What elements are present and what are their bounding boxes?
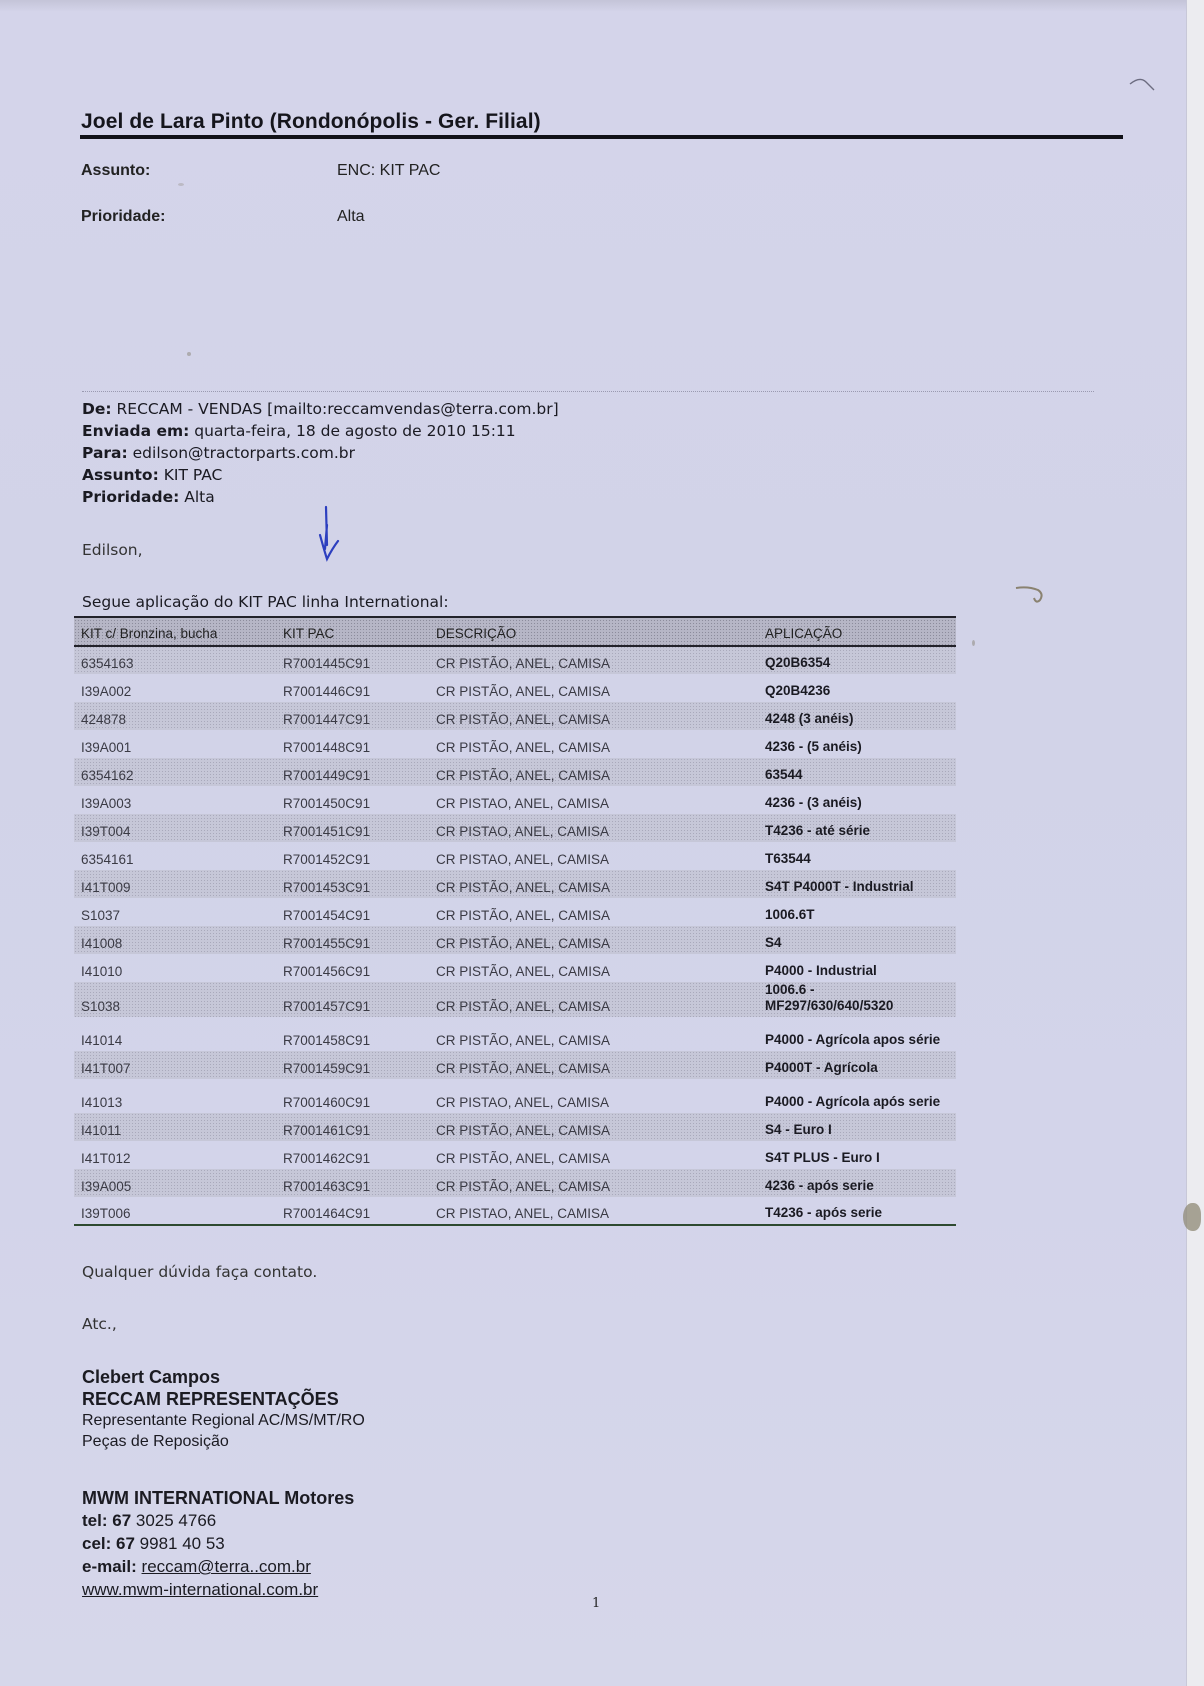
cell-kit-pac: R7001463C91 [276,1169,429,1197]
cell-kit-pac: R7001458C91 [276,1017,429,1051]
table-header-row: KIT c/ Bronzina, bucha KIT PAC DESCRIÇÃO… [74,617,956,646]
cel-label: cel: [82,1534,111,1553]
cell-kit: 6354162 [74,758,276,786]
cell-kit: I41011 [74,1113,276,1141]
website-link[interactable]: www.mwm-international.com.br [82,1580,318,1599]
scan-speck [178,183,184,186]
table-row: 6354161R7001452C91CR PISTAO, ANEL, CAMIS… [74,842,956,870]
subject-label: Assunto: [82,466,159,484]
signature-contact-block: MWM INTERNATIONAL Motores tel: 67 3025 4… [82,1487,354,1601]
cell-description: CR PISTÃO, ANEL, CAMISA [429,898,758,926]
cell-description: CR PISTÃO, ANEL, CAMISA [429,646,758,674]
meta-priority-value: Alta [337,208,365,226]
cell-kit-pac: R7001453C91 [276,870,429,898]
signature-role: Representante Regional AC/MS/MT/RO [82,1410,365,1431]
cell-kit: I41008 [74,926,276,954]
signature-block: Clebert Campos RECCAM REPRESENTAÇÕES Rep… [82,1366,365,1452]
signature-company: RECCAM REPRESENTAÇÕES [82,1388,365,1410]
email-link[interactable]: reccam@terra..com.br [142,1557,311,1576]
cell-kit-pac: R7001461C91 [276,1113,429,1141]
cell-kit-pac: R7001452C91 [276,842,429,870]
forwarded-sent: Enviada em: quarta-feira, 18 de agosto d… [82,420,559,442]
table-row: 6354162R7001449C91CR PISTÃO, ANEL, CAMIS… [74,758,956,786]
to-label: Para: [82,444,128,462]
cell-kit-pac: R7001460C91 [276,1079,429,1113]
cell-kit: I41013 [74,1079,276,1113]
cell-description: CR PISTAO, ANEL, CAMISA [429,842,758,870]
cell-application: S4 - Euro I [758,1113,956,1141]
forwarded-subject: Assunto: KIT PAC [82,464,559,486]
subject-value: KIT PAC [159,466,223,484]
table-row: I39T004R7001451C91CR PISTAO, ANEL, CAMIS… [74,814,956,842]
table-row: I41010R7001456C91CR PISTÃO, ANEL, CAMISA… [74,954,956,982]
column-header-application: APLICAÇÃO [758,617,956,646]
cell-application: 4236 - (3 anéis) [758,786,956,814]
cell-application: S4T PLUS - Euro I [758,1141,956,1169]
title-divider [80,135,1123,139]
page-number: 1 [592,1596,600,1611]
cell-kit: I39A003 [74,786,276,814]
from-value: RECCAM - VENDAS [mailto:reccamvendas@ter… [112,400,559,418]
scan-shadow [0,0,1186,12]
table-row: I39A002R7001446C91CR PISTÃO, ANEL, CAMIS… [74,674,956,702]
cell-description: CR PISTÃO, ANEL, CAMISA [429,982,758,1017]
from-label: De: [82,400,112,418]
cell-kit-pac: R7001451C91 [276,814,429,842]
table-row: S1038R7001457C91CR PISTÃO, ANEL, CAMISA1… [74,982,956,1017]
cell-application: 1006.6T [758,898,956,926]
table-row: I41011R7001461C91CR PISTÃO, ANEL, CAMISA… [74,1113,956,1141]
cell-kit: I39A005 [74,1169,276,1197]
cell-description: CR PISTAO, ANEL, CAMISA [429,1197,758,1225]
cell-application: P4000 - Industrial [758,954,956,982]
cell-application: Q20B6354 [758,646,956,674]
cell-description: CR PISTAO, ANEL, CAMISA [429,1079,758,1113]
table-row: I41014R7001458C91CR PISTÃO, ANEL, CAMISA… [74,1017,956,1051]
signature-email: e-mail: reccam@terra..com.br [82,1555,354,1578]
scanned-page: Joel de Lara Pinto (Rondonópolis - Ger. … [0,0,1186,1686]
cell-kit-pac: R7001462C91 [276,1141,429,1169]
cell-application: 4236 - após serie [758,1169,956,1197]
signature-website: www.mwm-international.com.br [82,1578,354,1601]
table-row: S1037R7001454C91CR PISTÃO, ANEL, CAMISA1… [74,898,956,926]
cell-application: 1006.6 - MF297/630/640/5320 [758,982,956,1017]
cell-description: CR PISTÃO, ANEL, CAMISA [429,1017,758,1051]
email-label: e-mail: [82,1557,137,1576]
cell-description: CR PISTÃO, ANEL, CAMISA [429,926,758,954]
cell-kit: S1038 [74,982,276,1017]
cell-application: T4236 - após serie [758,1197,956,1225]
cell-description: CR PISTÃO, ANEL, CAMISA [429,954,758,982]
cell-kit: I41T012 [74,1141,276,1169]
cell-application: 63544 [758,758,956,786]
table-row: I39A003R7001450C91CR PISTAO, ANEL, CAMIS… [74,786,956,814]
cell-description: CR PISTÃO, ANEL, CAMISA [429,758,758,786]
cell-description: CR PISTAO, ANEL, CAMISA [429,814,758,842]
cell-description: CR PISTÃO, ANEL, CAMISA [429,730,758,758]
scan-speck [972,640,975,646]
cell-kit-pac: R7001457C91 [276,982,429,1017]
cell-kit-pac: R7001455C91 [276,926,429,954]
cell-kit: 424878 [74,702,276,730]
table-body: 6354163R7001445C91CR PISTÃO, ANEL, CAMIS… [74,646,956,1225]
scan-speck [187,352,191,356]
cell-application: S4T P4000T - Industrial [758,870,956,898]
cell-kit: I39T004 [74,814,276,842]
cell-description: CR PISTÃO, ANEL, CAMISA [429,674,758,702]
cell-kit: I39T006 [74,1197,276,1225]
cel-number: 9981 40 53 [135,1534,225,1553]
cell-kit-pac: R7001459C91 [276,1051,429,1079]
meta-priority-label: Prioridade: [81,208,165,226]
tel-number: 3025 4766 [131,1511,216,1530]
cell-application: P4000 - Agrícola após serie [758,1079,956,1113]
greeting: Edilson, [82,541,143,559]
kit-pac-table: KIT c/ Bronzina, bucha KIT PAC DESCRIÇÃO… [74,616,956,1226]
table-row: I39A001R7001448C91CR PISTÃO, ANEL, CAMIS… [74,730,956,758]
table-row: I41T012R7001462C91CR PISTÃO, ANEL, CAMIS… [74,1141,956,1169]
column-header-kit-pac: KIT PAC [276,617,429,646]
cell-kit-pac: R7001447C91 [276,702,429,730]
column-header-description: DESCRIÇÃO [429,617,758,646]
to-value: edilson@tractorparts.com.br [128,444,355,462]
table-row: I41T009R7001453C91CR PISTÃO, ANEL, CAMIS… [74,870,956,898]
signature-cel: cel: 67 9981 40 53 [82,1532,354,1555]
table-row: 6354163R7001445C91CR PISTÃO, ANEL, CAMIS… [74,646,956,674]
cell-kit-pac: R7001454C91 [276,898,429,926]
cell-kit-pac: R7001448C91 [276,730,429,758]
cell-application: 4236 - (5 anéis) [758,730,956,758]
cell-description: CR PISTÃO, ANEL, CAMISA [429,870,758,898]
cell-kit: 6354161 [74,842,276,870]
cell-application: S4 [758,926,956,954]
forward-divider [82,391,1094,392]
forwarded-header: De: RECCAM - VENDAS [mailto:reccamvendas… [82,398,559,508]
cell-kit: I39A001 [74,730,276,758]
cell-application: T4236 - até série [758,814,956,842]
scan-edge [1186,0,1204,1686]
closing-text: Qualquer dúvida faça contato. [82,1263,317,1281]
cell-kit: I41T009 [74,870,276,898]
table-row: I41008R7001455C91CR PISTÃO, ANEL, CAMISA… [74,926,956,954]
intro-text: Segue aplicação do KIT PAC linha Interna… [82,593,449,611]
sent-value: quarta-feira, 18 de agosto de 2010 15:11 [189,422,515,440]
cell-kit-pac: R7001446C91 [276,674,429,702]
cel-area: 67 [116,1534,135,1553]
cell-kit: 6354163 [74,646,276,674]
handwritten-arrow-icon [316,505,340,563]
cell-kit-pac: R7001450C91 [276,786,429,814]
scan-smudge-icon [1128,72,1156,92]
column-header-kit: KIT c/ Bronzina, bucha [74,617,276,646]
cell-kit-pac: R7001456C91 [276,954,429,982]
cell-application: T63544 [758,842,956,870]
priority-value: Alta [179,488,214,506]
table-row: I39T006R7001464C91CR PISTAO, ANEL, CAMIS… [74,1197,956,1225]
signoff: Atc., [82,1315,117,1333]
cell-description: CR PISTAO, ANEL, CAMISA [429,786,758,814]
cell-kit: I39A002 [74,674,276,702]
sender-title: Joel de Lara Pinto (Rondonópolis - Ger. … [81,110,541,134]
cell-description: CR PISTÃO, ANEL, CAMISA [429,1113,758,1141]
cell-description: CR PISTÃO, ANEL, CAMISA [429,702,758,730]
signature-department: Peças de Reposição [82,1431,365,1452]
tel-area: 67 [112,1511,131,1530]
cell-kit: I41014 [74,1017,276,1051]
table-row: I41T007R7001459C91CR PISTÃO, ANEL, CAMIS… [74,1051,956,1079]
signature-name: Clebert Campos [82,1366,365,1388]
forwarded-to: Para: edilson@tractorparts.com.br [82,442,559,464]
signature-brand: MWM INTERNATIONAL Motores [82,1487,354,1509]
cell-kit: S1037 [74,898,276,926]
table-row: 424878R7001447C91CR PISTÃO, ANEL, CAMISA… [74,702,956,730]
cell-description: CR PISTÃO, ANEL, CAMISA [429,1169,758,1197]
cell-kit: I41010 [74,954,276,982]
cell-application: Q20B4236 [758,674,956,702]
cell-kit: I41T007 [74,1051,276,1079]
sent-label: Enviada em: [82,422,189,440]
meta-subject-value: ENC: KIT PAC [337,162,440,180]
cell-description: CR PISTÃO, ANEL, CAMISA [429,1141,758,1169]
tel-label: tel: [82,1511,108,1530]
cell-application: P4000 - Agrícola apos série [758,1017,956,1051]
table-row: I41013R7001460C91CR PISTAO, ANEL, CAMISA… [74,1079,956,1113]
cell-kit-pac: R7001449C91 [276,758,429,786]
meta-subject-label: Assunto: [81,162,150,180]
cell-kit-pac: R7001464C91 [276,1197,429,1225]
table-row: I39A005R7001463C91CR PISTÃO, ANEL, CAMIS… [74,1169,956,1197]
cell-application: 4248 (3 anéis) [758,702,956,730]
priority-label: Prioridade: [82,488,179,506]
forwarded-from: De: RECCAM - VENDAS [mailto:reccamvendas… [82,398,559,420]
cell-kit-pac: R7001445C91 [276,646,429,674]
cell-application: P4000T - Agrícola [758,1051,956,1079]
signature-tel: tel: 67 3025 4766 [82,1509,354,1532]
cell-description: CR PISTÃO, ANEL, CAMISA [429,1051,758,1079]
staple-mark [1183,1203,1201,1231]
scan-smudge-icon [1014,584,1048,606]
